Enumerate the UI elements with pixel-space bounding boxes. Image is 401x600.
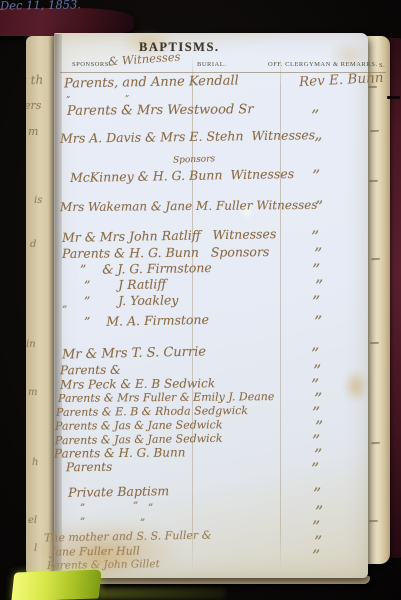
page-edge-tick — [369, 520, 378, 522]
page-edge-tick — [369, 180, 378, 182]
page-edge-tick — [370, 130, 379, 132]
yellow-highlighter — [11, 569, 101, 600]
yellow-highlighter-reflection — [100, 588, 225, 599]
baptism-register-photo: t thersmisdinmhell BAPTISMS. SPONSORS. B… — [0, 0, 401, 600]
page-edge-tick — [368, 86, 377, 88]
page-edge-tick — [371, 258, 380, 260]
page-edge-tick — [371, 442, 380, 444]
page-edge-tick — [370, 342, 379, 344]
page-edge-ticks-layer — [0, 0, 401, 600]
